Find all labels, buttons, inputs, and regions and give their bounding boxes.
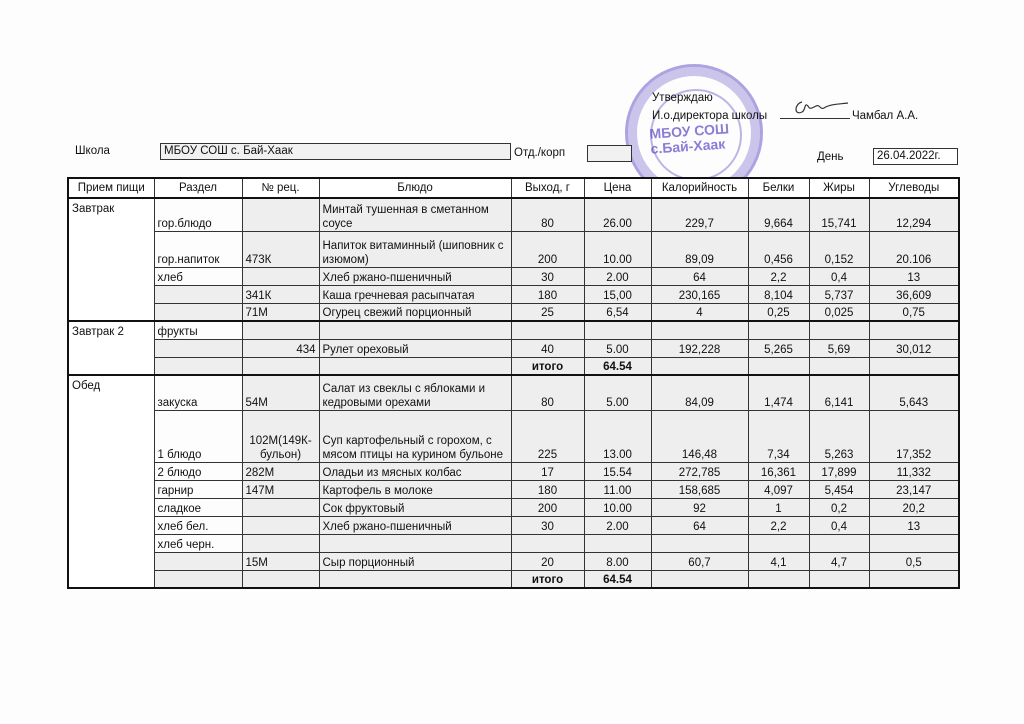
section-cell — [154, 552, 242, 570]
yield-cell: 30 — [511, 267, 584, 285]
price-cell: 8.00 — [584, 552, 651, 570]
protein-cell: 0,25 — [748, 303, 809, 321]
price-cell: 2.00 — [584, 516, 651, 534]
protein-cell: 16,361 — [748, 462, 809, 480]
fat-cell — [809, 570, 869, 588]
yield-cell: 25 — [511, 303, 584, 321]
section-cell: 2 блюдо — [154, 462, 242, 480]
recipe-cell — [242, 534, 319, 552]
table-row: 341ККаша гречневая расыпчатая18015,00230… — [68, 285, 959, 303]
yield-cell — [511, 321, 584, 339]
yield-cell: 180 — [511, 480, 584, 498]
column-header: Раздел — [154, 178, 242, 198]
section-cell — [154, 303, 242, 321]
yield-cell: 200 — [511, 498, 584, 516]
fat-cell: 5,454 — [809, 480, 869, 498]
price-cell: 10.00 — [584, 231, 651, 267]
kcal-cell: 92 — [651, 498, 748, 516]
recipe-cell: 147М — [242, 480, 319, 498]
fat-cell: 5,737 — [809, 285, 869, 303]
dish-cell — [319, 357, 511, 375]
column-header: Жиры — [809, 178, 869, 198]
protein-cell — [748, 357, 809, 375]
section-cell: гор.блюдо — [154, 198, 242, 231]
column-header: Прием пищи — [68, 178, 154, 198]
kcal-cell — [651, 357, 748, 375]
meal-cell: Завтрак 2 — [68, 321, 154, 375]
carbs-cell: 0,5 — [869, 552, 959, 570]
signature-icon — [790, 96, 850, 118]
fat-cell: 5,263 — [809, 410, 869, 462]
yield-cell: 17 — [511, 462, 584, 480]
recipe-cell — [242, 321, 319, 339]
carbs-cell — [869, 321, 959, 339]
carbs-cell: 20,2 — [869, 498, 959, 516]
protein-cell — [748, 321, 809, 339]
recipe-cell — [242, 198, 319, 231]
protein-cell: 4,1 — [748, 552, 809, 570]
section-cell: сладкое — [154, 498, 242, 516]
section-cell — [154, 285, 242, 303]
fat-cell — [809, 357, 869, 375]
kcal-cell: 84,09 — [651, 375, 748, 410]
kcal-cell: 192,228 — [651, 339, 748, 357]
section-cell: гарнир — [154, 480, 242, 498]
kcal-cell — [651, 321, 748, 339]
protein-cell: 1 — [748, 498, 809, 516]
recipe-cell: 282М — [242, 462, 319, 480]
carbs-cell: 5,643 — [869, 375, 959, 410]
column-header: Белки — [748, 178, 809, 198]
carbs-cell: 36,609 — [869, 285, 959, 303]
carbs-cell: 20.106 — [869, 231, 959, 267]
price-cell: 64.54 — [584, 570, 651, 588]
kcal-cell: 229,7 — [651, 198, 748, 231]
protein-cell: 8,104 — [748, 285, 809, 303]
table-header-row: Прием пищиРаздел№ рец.БлюдоВыход, гЦенаК… — [68, 178, 959, 198]
price-cell: 26.00 — [584, 198, 651, 231]
protein-cell: 7,34 — [748, 410, 809, 462]
dish-cell: Салат из свеклы с яблоками и кедровыми о… — [319, 375, 511, 410]
dept-field[interactable] — [587, 145, 632, 162]
meal-cell: Обед — [68, 375, 154, 588]
protein-cell — [748, 570, 809, 588]
yield-cell: итого — [511, 357, 584, 375]
yield-cell: 180 — [511, 285, 584, 303]
table-row: 15МСыр порционный208.0060,74,14,70,5 — [68, 552, 959, 570]
yield-cell: 225 — [511, 410, 584, 462]
price-cell — [584, 321, 651, 339]
kcal-cell: 4 — [651, 303, 748, 321]
section-cell: закуска — [154, 375, 242, 410]
kcal-cell: 272,785 — [651, 462, 748, 480]
price-cell: 5.00 — [584, 375, 651, 410]
yield-cell: 40 — [511, 339, 584, 357]
section-cell: хлеб бел. — [154, 516, 242, 534]
yield-cell: 200 — [511, 231, 584, 267]
yield-cell: 30 — [511, 516, 584, 534]
section-cell — [154, 339, 242, 357]
protein-cell: 0,456 — [748, 231, 809, 267]
yield-cell: 80 — [511, 198, 584, 231]
fat-cell: 0,025 — [809, 303, 869, 321]
fat-cell: 17,899 — [809, 462, 869, 480]
recipe-cell — [242, 570, 319, 588]
dish-cell: Хлеб ржано-пшеничный — [319, 267, 511, 285]
stamp-text: МБОУ СОШ с.Бай-Хаак — [649, 121, 730, 156]
carbs-cell: 17,352 — [869, 410, 959, 462]
recipe-cell — [242, 357, 319, 375]
dish-cell — [319, 534, 511, 552]
dish-cell — [319, 321, 511, 339]
section-cell: фрукты — [154, 321, 242, 339]
yield-cell: 80 — [511, 375, 584, 410]
fat-cell: 6,141 — [809, 375, 869, 410]
price-cell: 11.00 — [584, 480, 651, 498]
protein-cell — [748, 534, 809, 552]
column-header: Блюдо — [319, 178, 511, 198]
dish-cell: Огурец свежий порционный — [319, 303, 511, 321]
kcal-cell: 158,685 — [651, 480, 748, 498]
recipe-cell: 71М — [242, 303, 319, 321]
table-row: 2 блюдо282МОладьи из мясных колбас1715.5… — [68, 462, 959, 480]
price-cell: 10.00 — [584, 498, 651, 516]
recipe-cell: 15М — [242, 552, 319, 570]
carbs-cell — [869, 534, 959, 552]
dish-cell: Суп картофельный с горохом, с мясом птиц… — [319, 410, 511, 462]
menu-table: Прием пищиРаздел№ рец.БлюдоВыход, гЦенаК… — [67, 177, 960, 589]
kcal-cell — [651, 534, 748, 552]
recipe-cell: 102М(149К-бульон) — [242, 410, 319, 462]
recipe-cell: 341К — [242, 285, 319, 303]
dish-cell: Напиток витаминный (шиповник с изюмом) — [319, 231, 511, 267]
price-cell: 15,00 — [584, 285, 651, 303]
kcal-cell: 60,7 — [651, 552, 748, 570]
table-row: итого64.54 — [68, 357, 959, 375]
carbs-cell — [869, 357, 959, 375]
fat-cell: 15,741 — [809, 198, 869, 231]
yield-cell: 20 — [511, 552, 584, 570]
dish-cell: Картофель в молоке — [319, 480, 511, 498]
protein-cell: 4,097 — [748, 480, 809, 498]
kcal-cell: 64 — [651, 267, 748, 285]
table-row: сладкоеСок фруктовый20010.009210,220,2 — [68, 498, 959, 516]
section-cell: гор.напиток — [154, 231, 242, 267]
column-header: Выход, г — [511, 178, 584, 198]
column-header: Углеводы — [869, 178, 959, 198]
table-row: хлеб черн. — [68, 534, 959, 552]
section-cell: хлеб черн. — [154, 534, 242, 552]
table-row: Завтракгор.блюдоМинтай тушенная в сметан… — [68, 198, 959, 231]
fat-cell — [809, 534, 869, 552]
carbs-cell: 11,332 — [869, 462, 959, 480]
column-header: Цена — [584, 178, 651, 198]
carbs-cell — [869, 570, 959, 588]
column-header: № рец. — [242, 178, 319, 198]
protein-cell: 1,474 — [748, 375, 809, 410]
protein-cell: 2,2 — [748, 267, 809, 285]
day-field[interactable]: 26.04.2022г. — [873, 148, 958, 165]
price-cell — [584, 534, 651, 552]
table-row: 71МОгурец свежий порционный256,5440,250,… — [68, 303, 959, 321]
protein-cell: 2,2 — [748, 516, 809, 534]
school-label: Школа — [75, 145, 110, 157]
price-cell: 6,54 — [584, 303, 651, 321]
table-row: итого64.54 — [68, 570, 959, 588]
column-header: Калорийность — [651, 178, 748, 198]
dish-cell: Сыр порционный — [319, 552, 511, 570]
fat-cell: 0,2 — [809, 498, 869, 516]
recipe-cell — [242, 498, 319, 516]
yield-cell: итого — [511, 570, 584, 588]
price-cell: 13.00 — [584, 410, 651, 462]
dish-cell: Рулет ореховый — [319, 339, 511, 357]
table-row: Завтрак 2фрукты — [68, 321, 959, 339]
carbs-cell: 12,294 — [869, 198, 959, 231]
stamp-line-2: с.Бай-Хаак — [650, 136, 730, 157]
section-cell — [154, 570, 242, 588]
price-cell: 5.00 — [584, 339, 651, 357]
dept-label: Отд./корп — [514, 147, 565, 159]
table-row: 434Рулет ореховый405.00192,2285,2655,693… — [68, 339, 959, 357]
carbs-cell: 13 — [869, 516, 959, 534]
dish-cell: Оладьи из мясных колбас — [319, 462, 511, 480]
table-row: Обедзакуска54МСалат из свеклы с яблоками… — [68, 375, 959, 410]
table-row: гор.напиток473КНапиток витаминный (шипов… — [68, 231, 959, 267]
recipe-cell: 54М — [242, 375, 319, 410]
carbs-cell: 0,75 — [869, 303, 959, 321]
section-cell: хлеб — [154, 267, 242, 285]
protein-cell: 5,265 — [748, 339, 809, 357]
recipe-cell: 473К — [242, 231, 319, 267]
carbs-cell: 23,147 — [869, 480, 959, 498]
fat-cell: 4,7 — [809, 552, 869, 570]
section-cell — [154, 357, 242, 375]
dish-cell: Сок фруктовый — [319, 498, 511, 516]
signature-line — [780, 118, 850, 119]
fat-cell: 5,69 — [809, 339, 869, 357]
school-field[interactable]: МБОУ СОШ с. Бай-Хаак — [160, 143, 511, 160]
fat-cell: 0,4 — [809, 516, 869, 534]
table-row: хлеб бел.Хлеб ржано-пшеничный302.00642,2… — [68, 516, 959, 534]
section-cell: 1 блюдо — [154, 410, 242, 462]
day-label: День — [817, 151, 844, 163]
protein-cell: 9,664 — [748, 198, 809, 231]
kcal-cell: 89,09 — [651, 231, 748, 267]
dish-cell: Хлеб ржано-пшеничный — [319, 516, 511, 534]
price-cell: 2.00 — [584, 267, 651, 285]
fat-cell — [809, 321, 869, 339]
price-cell: 15.54 — [584, 462, 651, 480]
meal-cell: Завтрак — [68, 198, 154, 321]
table-row: гарнир147МКартофель в молоке18011.00158,… — [68, 480, 959, 498]
recipe-cell: 434 — [242, 339, 319, 357]
carbs-cell: 13 — [869, 267, 959, 285]
carbs-cell: 30,012 — [869, 339, 959, 357]
dish-cell — [319, 570, 511, 588]
stamp-line-1: МБОУ СОШ — [649, 121, 729, 142]
fat-cell: 0,4 — [809, 267, 869, 285]
table-row: 1 блюдо102М(149К-бульон)Суп картофельный… — [68, 410, 959, 462]
dish-cell: Каша гречневая расыпчатая — [319, 285, 511, 303]
kcal-cell — [651, 570, 748, 588]
kcal-cell: 64 — [651, 516, 748, 534]
recipe-cell — [242, 516, 319, 534]
director-label: И.о.директора школы — [652, 110, 767, 122]
director-name: Чамбал А.А. — [852, 110, 918, 122]
yield-cell — [511, 534, 584, 552]
approve-label: Утверждаю — [652, 92, 713, 104]
price-cell: 64.54 — [584, 357, 651, 375]
recipe-cell — [242, 267, 319, 285]
fat-cell: 0,152 — [809, 231, 869, 267]
kcal-cell: 146,48 — [651, 410, 748, 462]
table-row: хлебХлеб ржано-пшеничный302.00642,20,413 — [68, 267, 959, 285]
dish-cell: Минтай тушенная в сметанном соусе — [319, 198, 511, 231]
kcal-cell: 230,165 — [651, 285, 748, 303]
